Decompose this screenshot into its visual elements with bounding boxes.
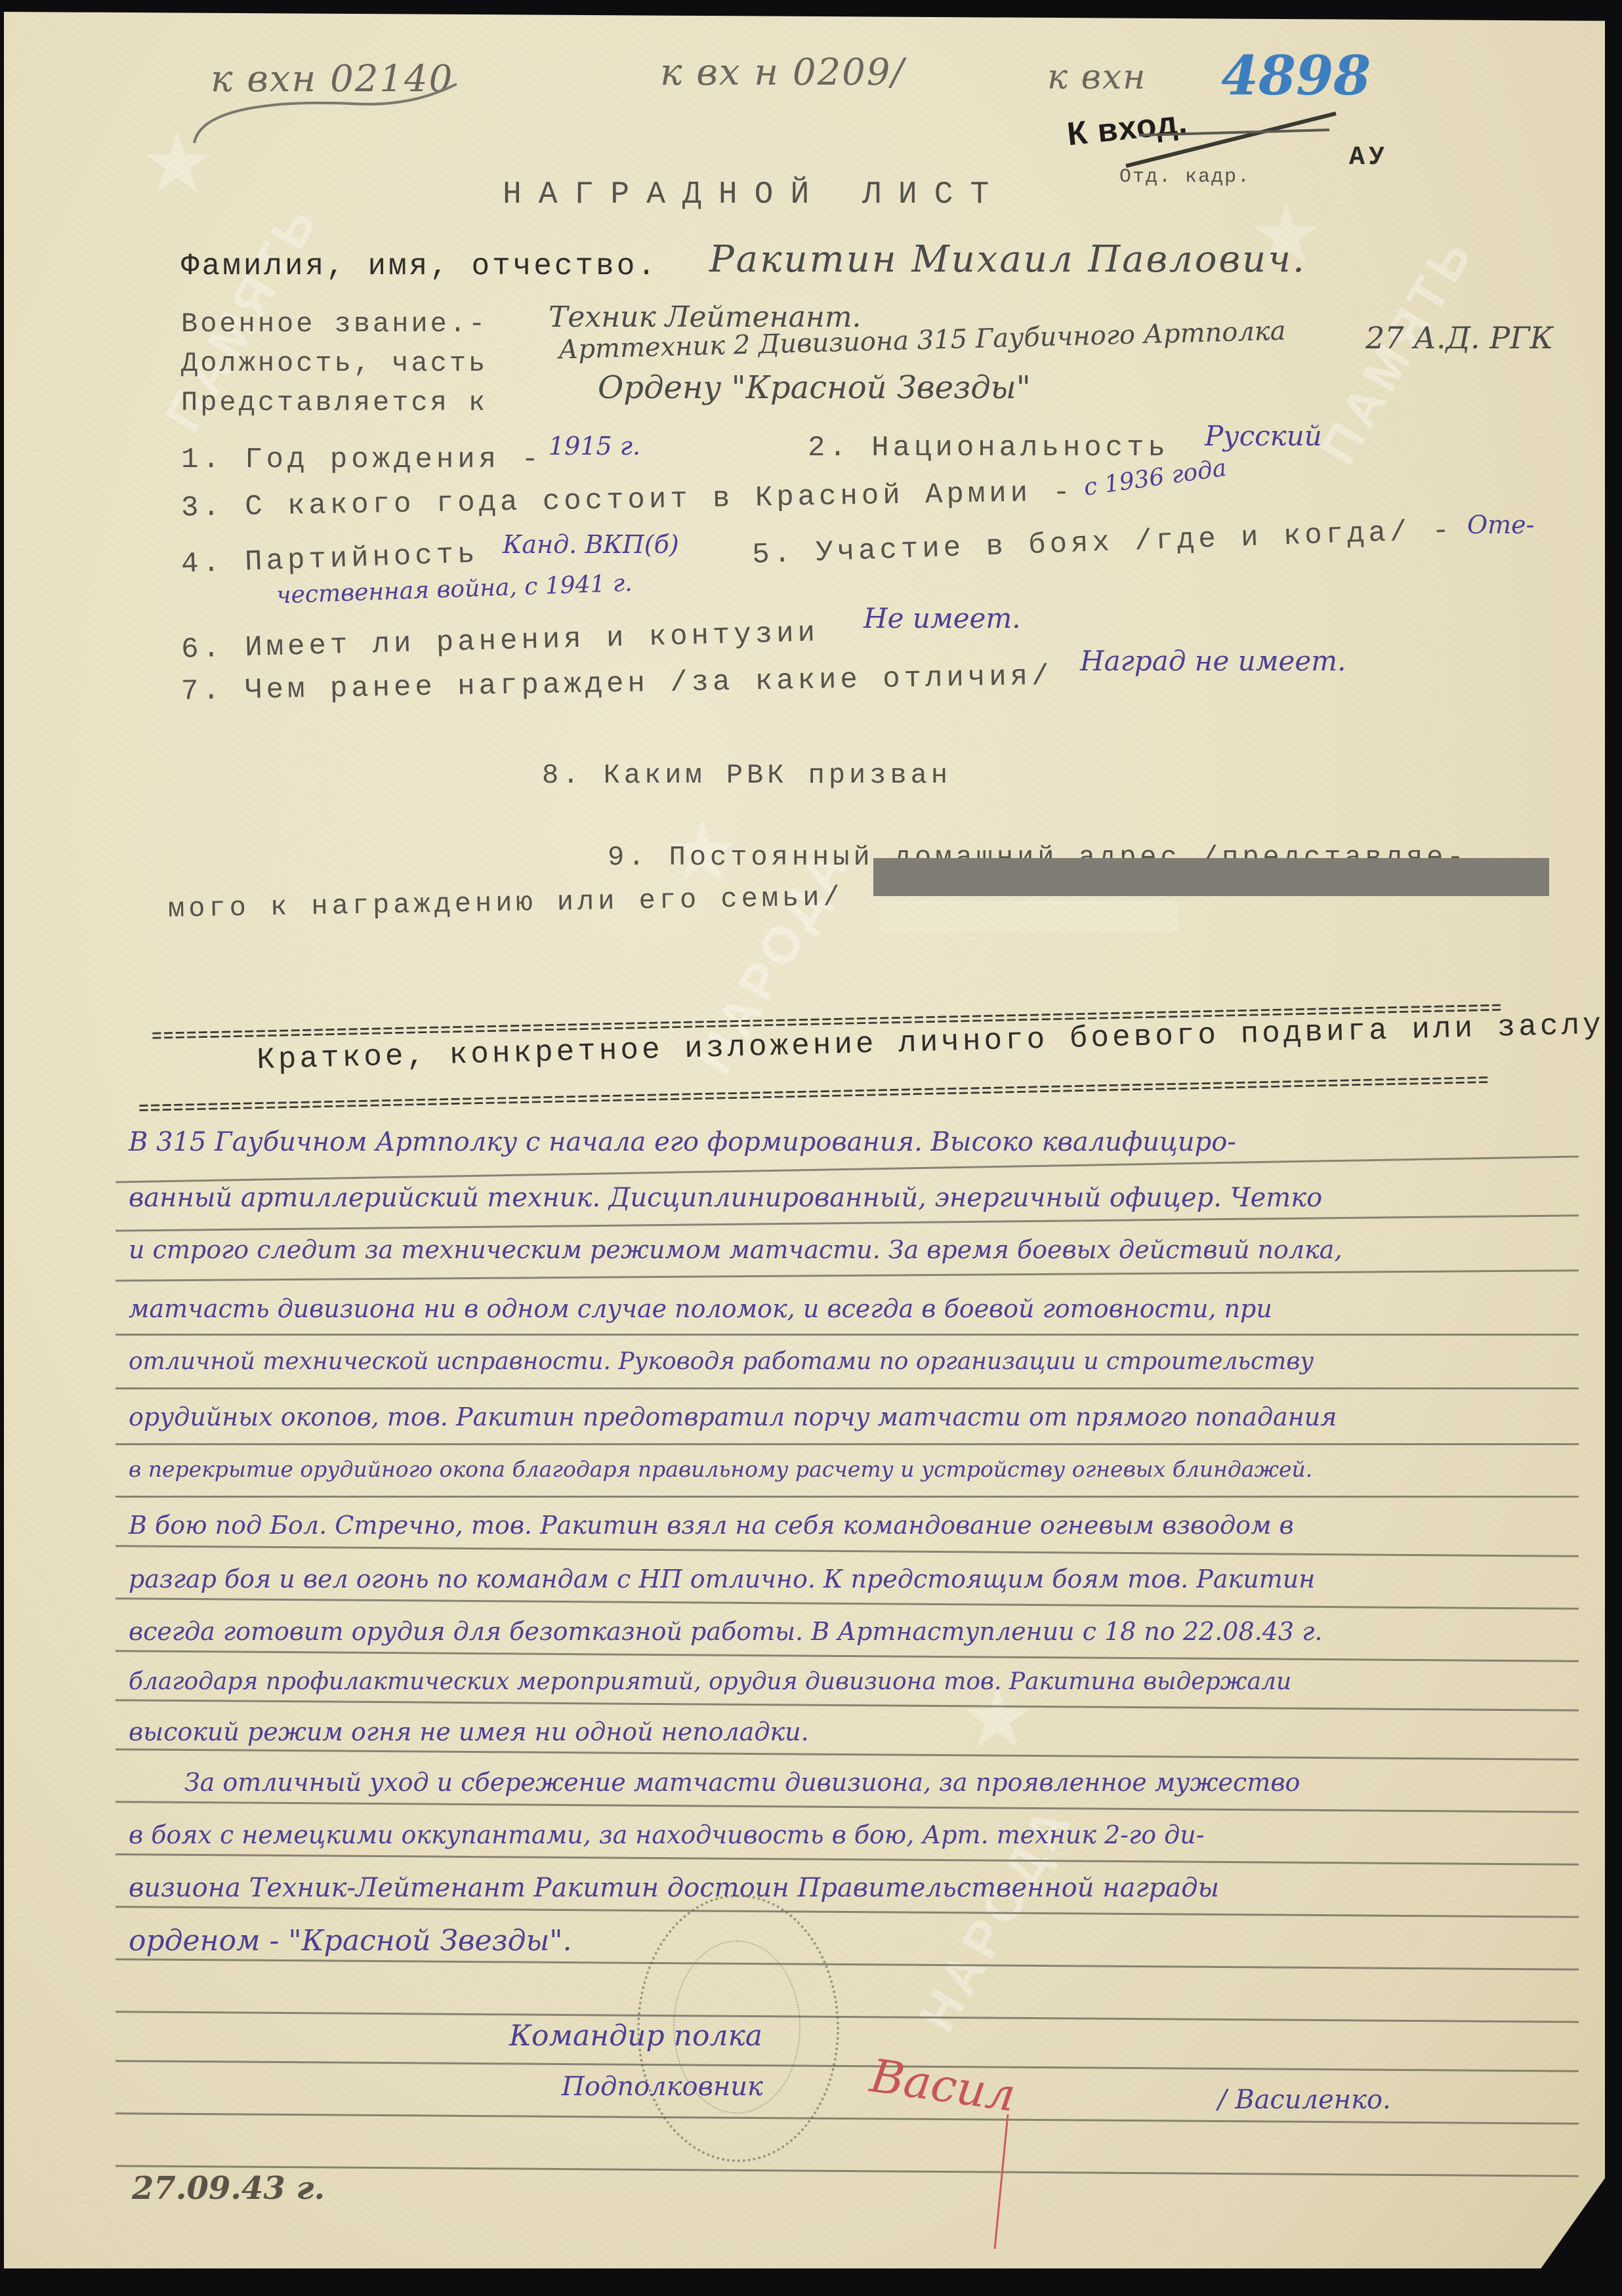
redacted-address-block	[873, 858, 1549, 896]
field-nominated-value: Ордену "Красной Звезды"	[598, 369, 1031, 406]
field-nationality-value: Русский	[1205, 420, 1322, 452]
field-prior-awards-value: Наград не имеет.	[1080, 645, 1346, 677]
narrative-line: отличной технической исправности. Руково…	[129, 1348, 1314, 1375]
ruled-line	[115, 1269, 1579, 1282]
field-party-label: 4. Партийность	[180, 538, 479, 581]
ruled-line	[115, 1545, 1579, 1557]
narrative-line: В 315 Гаубичном Артполку с начала его фо…	[129, 1127, 1236, 1157]
ruled-line	[115, 2060, 1579, 2072]
signature-title-commander: Командир полка	[509, 2019, 762, 2053]
field-birth-year-label: 1. Год рождения -	[181, 443, 543, 476]
signature-name: / Василенко.	[1218, 2085, 1391, 2115]
field-party-value: Канд. ВКП(б)	[503, 530, 679, 559]
field-name-label: Фамилия, имя, отчество.	[181, 249, 658, 283]
whiteout-address-block	[880, 901, 1178, 932]
stamp-mark: АУ	[1349, 143, 1388, 173]
narrative-line: разгар боя и вел огонь по командам с НП …	[129, 1565, 1315, 1593]
field-rank-label: Военное звание.-	[181, 308, 488, 340]
ruled-line	[115, 1650, 1579, 1662]
ruled-line	[115, 2165, 1579, 2177]
narrative-line: В бою под Бол. Стречно, тов. Ракитин взя…	[129, 1511, 1294, 1540]
ruled-line	[115, 2011, 1579, 2023]
field-battles-label: 5. Участие в боях /где и когда/ -	[751, 514, 1453, 571]
field-wounds-label: 6. Имеет ли ранения и контузии	[181, 617, 820, 666]
red-signature-tail	[975, 2111, 1014, 2255]
document-title: НАГРАДНОЙ ЛИСТ	[503, 177, 1006, 213]
narrative-line: всегда готовит орудия для безотказной ра…	[129, 1617, 1322, 1646]
award-sheet-page: ★ ПАМЯТЬ ★ ПАМЯТЬ ★ НАРОДА ★ НАРОДА к вх…	[4, 12, 1605, 2268]
ruled-line	[115, 1214, 1579, 1231]
field-position-label: Должность, часть	[181, 348, 488, 379]
incoming-number: 4898	[1221, 45, 1371, 108]
field-battles-value-1: Оте-	[1467, 510, 1535, 539]
field-wounds-value: Не имеет.	[863, 602, 1021, 634]
narrative-line: ванный артиллерийский техник. Дисциплини…	[129, 1183, 1322, 1213]
ruled-line	[115, 1156, 1579, 1183]
narrative-line: в перекрытие орудийного окопа благодаря …	[129, 1456, 1312, 1482]
field-name-value: Ракитин Михаил Павлович.	[709, 238, 1306, 281]
ruled-line	[115, 1496, 1579, 1498]
field-nationality-label: 2. Национальность	[808, 432, 1169, 464]
separator-dashes-bottom: ========================================…	[138, 1073, 1556, 1115]
field-prior-awards-label: 7. Чем ранее награжден /за какие отличия…	[181, 660, 1053, 708]
field-birth-year-value: 1915 г.	[549, 432, 640, 461]
ruled-line	[115, 1597, 1579, 1610]
conclusion-line: За отличный уход и сбережение матчасти д…	[184, 1768, 1300, 1797]
narrative-line: и строго следит за техническим режимом м…	[129, 1235, 1342, 1264]
conclusion-line: в боях с немецкими оккупантами, за наход…	[129, 1820, 1205, 1849]
ruled-line	[115, 1801, 1579, 1813]
ruled-line	[115, 1334, 1579, 1336]
conclusion-line: визиона Техник-Лейтенант Ракитин достоин…	[129, 1873, 1219, 1903]
ruled-line	[115, 1699, 1579, 1712]
ruled-line	[115, 1958, 1579, 1971]
stamp-department: Отд. кадр.	[1119, 166, 1251, 188]
ruled-line	[115, 1906, 1579, 1918]
field-rvk-label: 8. Каким РВК призван	[542, 760, 951, 791]
signature-title-rank: Подполковник	[562, 2072, 763, 2102]
ruled-line	[115, 1748, 1579, 1761]
field-position-unit: 27 А.Д. РГК	[1365, 320, 1553, 356]
narrative-line: высокий режим огня не имея ни одной непо…	[129, 1717, 809, 1746]
pencil-flourish	[188, 81, 463, 146]
narrative-line: орудийных окопов, тов. Ракитин предотвра…	[129, 1403, 1337, 1431]
ruled-line	[115, 1443, 1579, 1445]
field-nominated-label: Представляется к	[181, 387, 488, 419]
field-address-label-2: мого к награждению или его семьи/	[168, 882, 844, 925]
conclusion-line: орденом - "Красной Звезды".	[129, 1924, 572, 1958]
field-army-since-label: 3. С какого года состоит в Красной Армии…	[181, 476, 1075, 525]
ruled-line	[115, 1853, 1579, 1866]
ruled-line	[115, 1387, 1579, 1389]
pencil-note-2: к вх н 0209/	[660, 51, 905, 94]
narrative-line: благодаря профилактических мероприятий, …	[129, 1668, 1291, 1695]
document-date: 27.09.43 г.	[132, 2170, 325, 2207]
watermark-star-icon: ★	[962, 1639, 1033, 1784]
pencil-note-3: к вхн	[1047, 58, 1146, 97]
narrative-line: матчасть дивизиона ни в одном случае пол…	[129, 1294, 1272, 1323]
